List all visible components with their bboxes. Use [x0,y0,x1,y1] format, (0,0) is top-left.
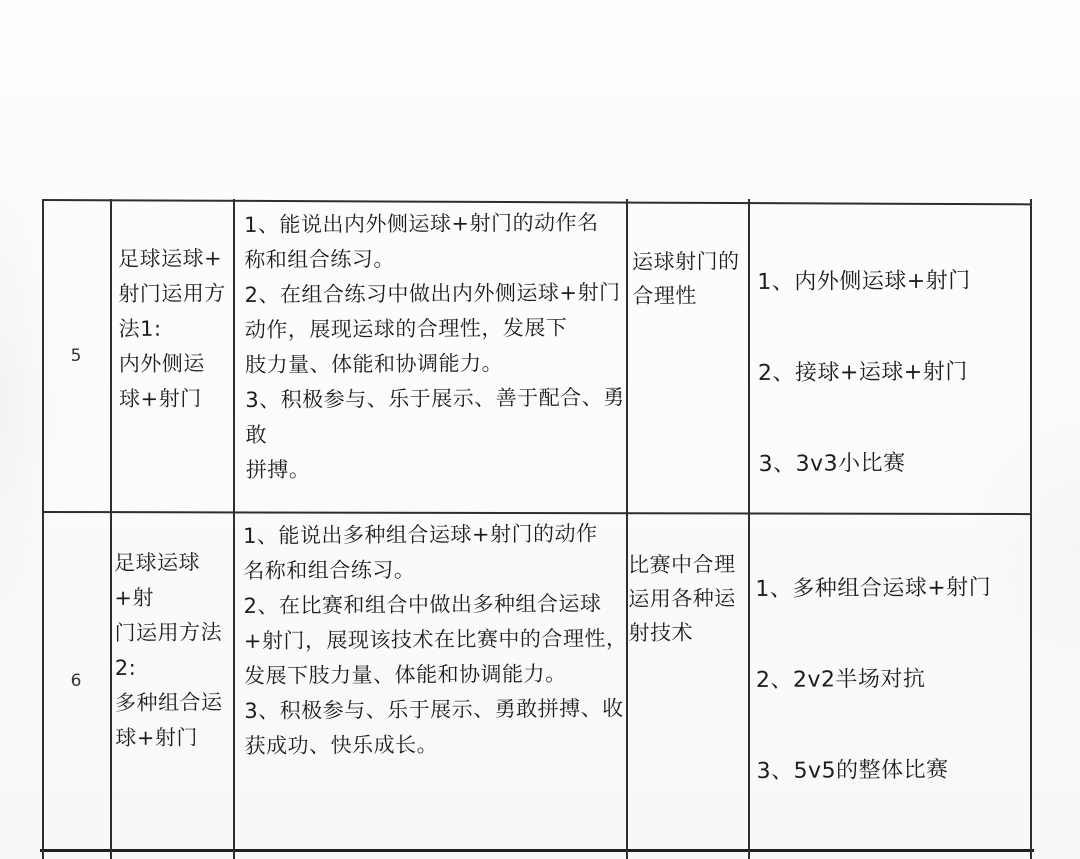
lesson-content-handwriting: 1、多种组合运球+射门 2、2v2半场对抗 3、5v5的整体比赛 [755,548,1029,848]
lesson-objectives-handwriting: 1、能说出多种组合运球+射门的动作 名称和组合练习。 2、在比赛和组合中做出多种… [243,516,631,764]
lesson-topic-handwriting: 足球运球+射 门运用方法2: 多种组合运 球+射门 [114,545,235,756]
content-item: 1、内外侧运球+射门 [757,266,1027,297]
content-item: 3、3v3小比赛 [758,448,1028,479]
column-divider [110,199,112,859]
lesson-focus-handwriting: 运球射门的 合理性 [632,244,746,313]
column-divider [233,199,235,859]
scanned-worksheet-page: 5 足球运球+ 射门运用方 法1: 内外侧运 球+射门 1、能说出内外侧运球+射… [0,0,1080,859]
content-item: 1、多种组合运球+射门 [755,573,1027,604]
lesson-number: 5 [42,201,110,511]
lesson-content-handwriting: 1、内外侧运球+射门 2、接球+运球+射门 3、3v3小比赛 [757,241,1029,541]
lesson-number: 6 [42,513,110,849]
lesson-topic-handwriting: 足球运球+ 射门运用方 法1: 内外侧运 球+射门 [118,241,231,417]
content-item: 3、5v5的整体比赛 [756,755,1028,786]
table-right-border [1030,199,1032,859]
row-divider-bottom [40,849,1034,852]
content-item: 2、2v2半场对抗 [756,664,1028,695]
column-divider [748,199,750,859]
content-item: 2、接球+运球+射门 [758,357,1028,388]
lesson-objectives-handwriting: 1、能说出内外侧运球+射门的动作名 称和组合练习。 2、在组合练习中做出内外侧运… [244,205,626,488]
lesson-focus-handwriting: 比赛中合理 运用各种运 射技术 [628,547,747,650]
table-top-border [42,199,1032,205]
